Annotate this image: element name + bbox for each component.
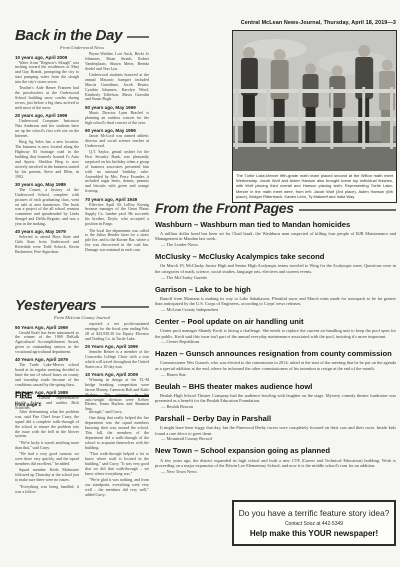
back-in-the-day-title-row: Back in the Day [15, 27, 149, 44]
article-body: It might have been foggy that day, but t… [155, 425, 396, 436]
paragraph: "We had a very good turnout; we were the… [15, 452, 79, 467]
entry-body: Gerald Kraft has been announced as the w… [15, 331, 79, 355]
entry-body: Music Director Lynn Brachel is planning … [85, 111, 149, 126]
ad-contact: Contact Sooz at 442-5349 [234, 521, 394, 527]
article-source: — Hazen Star [161, 372, 396, 377]
back-in-the-day-subtitle: From Underwood News [15, 45, 149, 50]
section-back-in-the-day: Back in the Day From Underwood News 10 y… [15, 27, 149, 257]
decade-entry: 40 years ago, May 1979 Selected to atten… [15, 229, 79, 255]
feature-story-ad-box: Do you have a terrific feature story ide… [232, 500, 396, 546]
paragraph: Jennifer Reiner is a member of the Conco… [85, 350, 149, 370]
entry-body: Jamie McCord was named athletic director… [85, 134, 149, 194]
news-photo-box: The Turtle Lake-Mercer fifth-grade math … [232, 30, 397, 203]
article-body: Commissioner Wes Gunsch, who was elected… [155, 360, 396, 371]
title-rule [299, 209, 396, 211]
front-page-article: Beulah – BHS theater makes audience howl… [155, 383, 396, 409]
section-fire-continuation: FIRE from page 1 After determining what … [15, 391, 149, 499]
decade-heading: 10 years ago, April 2009 [15, 55, 79, 60]
back-in-the-day-title: Back in the Day [15, 27, 122, 44]
front-page-article: Center – Pool update on air handling uni… [155, 318, 396, 344]
paragraph: Effective April 30, LeRoy Koenig became … [85, 203, 149, 227]
entry-body: Water from "Regnow's Slough" was inching… [15, 61, 79, 111]
paragraph: Gerald Kraft has been announced as the w… [15, 331, 79, 355]
article-headline: Parshall – Derby Day in Parshall [155, 415, 396, 424]
paragraph: Selected to attend Boys State and Girls … [15, 235, 79, 255]
paragraph: The Comet, a history of the Underwood Sc… [15, 188, 79, 227]
decade-entry: reported a net profit/sustained earnings… [85, 322, 149, 342]
yesteryears-title-row: Yesteryears [15, 297, 149, 314]
article-headline: Hazen – Gunsch announces resignation fro… [155, 350, 396, 359]
article-headline: Garrison – Lake to be high [155, 286, 396, 295]
decade-entry: Bryna Walther, Lori Auck, Becki Jo Johan… [85, 52, 149, 102]
fire-continued-from: from page 1 [15, 402, 149, 407]
article-source: — McLean County Independent [161, 307, 396, 312]
paragraph: Music Director Lynn Brachel is planning … [85, 111, 149, 126]
article-body: Center pool manager Shandy Kroft is faci… [155, 328, 396, 339]
section-front-pages: From the Front Pages Washburn – Washburn… [155, 200, 396, 480]
math-team-photo [233, 31, 396, 171]
yesteryears-title: Yesteryears [15, 297, 96, 314]
paragraph: "We're glad it was nothing, and from our… [85, 478, 149, 498]
paragraph: "Everything was being handled, it was a … [15, 485, 79, 495]
front-pages-title: From the Front Pages [155, 200, 294, 216]
front-page-article: Parshall – Derby Day in Parshall It migh… [155, 415, 396, 441]
article-body: A few years ago, the district expanded i… [155, 458, 396, 469]
fire-title: FIRE [15, 391, 32, 400]
paragraph: Underwood Computer Instructor Nita Ander… [15, 119, 79, 139]
decade-entry: 60 years ago, May 1959 Jamie McCord was … [85, 128, 149, 194]
paragraph: Q.T. Saylor, genial cashier for the Firs… [85, 150, 149, 194]
entry-body: Effective April 30, LeRoy Koenig became … [85, 203, 149, 253]
article-source: — New Town News [161, 469, 396, 474]
newspaper-page: Central McLean News-Journal, Thursday, A… [0, 0, 400, 567]
article-body: On March 19, McClusky Junior High and Se… [155, 263, 396, 274]
title-rule [127, 36, 149, 38]
decade-entry: 40 Years Ago, April 1979 The Turtle Lake… [15, 357, 79, 387]
entry-body: reported a net profit/sustained earnings… [85, 322, 149, 342]
article-source: — Beulah Beacon [161, 404, 396, 409]
paragraph: Underwood students honored at the annual… [85, 73, 149, 102]
paragraph: through," said Curry. [85, 410, 149, 415]
title-rule [101, 306, 149, 308]
column-left: After determining what the problem was, … [15, 410, 79, 499]
paragraph: The Turtle Lake-Mercer school board at i… [15, 363, 79, 387]
article-headline: Washburn – Washburn man tied to Mandan h… [155, 221, 396, 230]
entry-body: Selected to attend Boys State and Girls … [15, 235, 79, 255]
column-left: 10 years ago, April 2009 Water from "Reg… [15, 52, 79, 257]
decade-entry: 30 years ago, May 1989 The Comet, a hist… [15, 182, 79, 227]
front-page-article: Hazen – Gunsch announces resignation fro… [155, 350, 396, 376]
entry-body: The Comet, a history of the Underwood Sc… [15, 188, 79, 227]
fire-title-row: FIRE [15, 391, 149, 400]
article-source: — The Leader-News. [161, 242, 396, 247]
decade-entry: 10 years ago, April 2009 Water from "Reg… [15, 55, 79, 111]
yesteryears-subtitle: From McLean County Journal [15, 315, 149, 320]
article-body: A million dollar bond has been set for C… [155, 231, 396, 242]
paragraph: After determining what the problem was, … [15, 410, 79, 439]
decade-entry: 20 Years Ago, April 1999 Jennifer Reiner… [85, 344, 149, 370]
paragraph: Water from "Regnow's Slough" was inching… [15, 61, 79, 85]
article-source: — Mountrail County Record [161, 436, 396, 441]
front-page-article: Garrison – Lake to be high Runoff from M… [155, 286, 396, 312]
entry-body: The Turtle Lake-Mercer school board at i… [15, 363, 79, 387]
front-page-article: Washburn – Washburn man tied to Mandan h… [155, 221, 396, 247]
entry-body: Bryna Walther, Lori Auck, Becki Jo Johan… [85, 52, 149, 102]
decade-entry: 70 years ago, April 1949 Effective April… [85, 197, 149, 253]
ad-headline: Do you have a terrific feature story ide… [234, 508, 394, 518]
title-rule [37, 395, 149, 397]
photo-caption: The Turtle Lake-Mercer fifth-grade math … [233, 171, 396, 202]
article-headline: Beulah – BHS theater makes audience howl [155, 383, 396, 392]
column-right: through," said Curry.One thing that real… [85, 410, 149, 499]
article-source: — Center Republican [161, 339, 396, 344]
front-page-article: McClusky – McClusky Acalympics take seco… [155, 253, 396, 279]
article-headline: Center – Pool update on air handling uni… [155, 318, 396, 327]
decade-entry: 50 years ago, May 1969 Music Director Ly… [85, 105, 149, 126]
front-page-article: New Town – School expansion going as pla… [155, 447, 396, 473]
paragraph: Berg Ag Sales has a new location. The bu… [15, 140, 79, 179]
column-right: Bryna Walther, Lori Auck, Becki Jo Johan… [85, 52, 149, 257]
front-pages-articles: Washburn – Washburn man tied to Mandan h… [155, 221, 396, 474]
article-headline: McClusky – McClusky Acalympics take seco… [155, 253, 396, 262]
paragraph: The local fire department was called to … [85, 229, 149, 253]
back-in-the-day-columns: 10 years ago, April 2009 Water from "Reg… [15, 52, 149, 257]
decade-heading: 50 Years Ago, April 1969 [15, 325, 79, 330]
front-pages-title-row: From the Front Pages [155, 200, 396, 216]
paragraph: reported a net profit/sustained earnings… [85, 322, 149, 342]
article-headline: New Town – School expansion going as pla… [155, 447, 396, 456]
paragraph: Jamie McCord was named athletic director… [85, 134, 149, 149]
paragraph: One thing that really helped the fire de… [85, 416, 149, 450]
fire-columns: After determining what the problem was, … [15, 410, 149, 499]
article-body: Runoff from Montana is making its way to… [155, 296, 396, 307]
ad-tagline: Help make this YOUR newspaper! [234, 529, 394, 538]
decade-entry: 50 Years Ago, April 1969 Gerald Kraft ha… [15, 325, 79, 355]
paragraph: Bryna Walther, Lori Auck, Becki Jo Johan… [85, 52, 149, 72]
article-source: — The McClusky Gazette [161, 275, 396, 280]
decade-entry: 20 years ago, April 1999 Underwood Compu… [15, 113, 79, 179]
paragraph: Squad member Keith Malnourie followed up… [15, 468, 79, 483]
masthead: Central McLean News-Journal, Thursday, A… [241, 20, 396, 26]
paragraph: "That walk-through helped a lot to know … [85, 452, 149, 476]
paragraph: "We're lucky it wasn't anything more tha… [15, 441, 79, 451]
paragraph: Teacher's Aide Renee Franzen had the pre… [15, 86, 79, 110]
entry-body: Jennifer Reiner is a member of the Conco… [85, 350, 149, 370]
article-body: Beulah High School Theater Company had t… [155, 393, 396, 404]
decade-heading: 70 years ago, April 1949 [85, 197, 149, 202]
entry-body: Underwood Computer Instructor Nita Ander… [15, 119, 79, 179]
